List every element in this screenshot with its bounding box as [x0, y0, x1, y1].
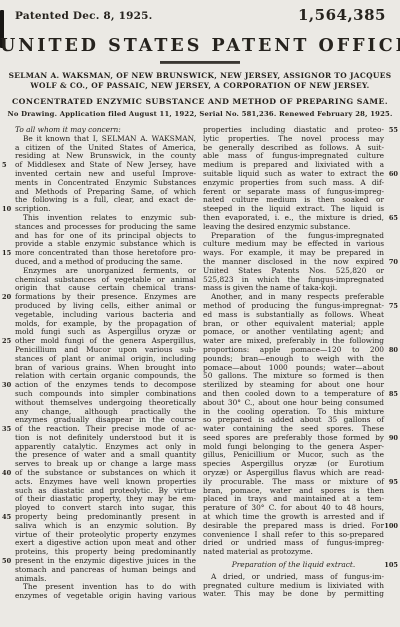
line-text: origin that cause certain chemical trans… — [15, 283, 196, 292]
line-number: 35 — [2, 425, 11, 434]
line-text: nated culture medium is then soaked or — [203, 195, 384, 204]
line-text: perature of 30° C. for about 40 to 48 ho… — [203, 503, 384, 512]
right-column: properties including diastatic and prote… — [203, 126, 384, 601]
line-text: desirable the prepared mass is dried. Fo… — [203, 521, 384, 530]
invention-title: CONCENTRATED ENZYMIC SUBSTANCE AND METHO… — [0, 97, 400, 106]
line-text: stances of plant or animal origin, inclu… — [15, 354, 196, 363]
line-text: convenience I shall refer to this so-pre… — [203, 530, 384, 539]
line-text: lytic properties. The novel process may — [203, 134, 384, 143]
line-text: mold fungi such as Aspergillus oryzæ or — [15, 327, 196, 336]
line-number: 10 — [2, 205, 11, 214]
line-text: provide a stable enzymic substance which… — [15, 239, 196, 248]
line-text: of Middlesex and State of New Jersey, ha… — [15, 160, 196, 169]
line-text: virtue of their proteolytic property enz… — [15, 530, 196, 539]
line-text: water. This may be done by permitting — [203, 589, 384, 598]
line-text: Be it known that I, SELMAN A. WAKSMAN, — [15, 134, 196, 143]
line-number: 50 — [2, 557, 11, 566]
line-text: so prepared is added about 35 gallons of — [203, 415, 384, 424]
line-text: mass is given the name of taka-koji. — [203, 283, 337, 292]
line-text: stomach and pancreas of human beings and — [15, 565, 196, 574]
line-text: relation with certain organic compounds,… — [15, 371, 196, 380]
line-text: ed mass is substantially as follows. Whe… — [203, 310, 384, 319]
line-text: dried or undried mass of fungus-impreg- — [203, 538, 384, 547]
line-text: water are mixed, preferably in the follo… — [203, 336, 384, 345]
line-text: Preparation of the liquid extract. — [232, 560, 355, 569]
line-number: 105 — [384, 561, 398, 570]
line-text: ments in Concentrated Enzymic Substances — [15, 178, 196, 187]
line-text: and then cooled down to a temperature of — [203, 389, 384, 398]
line-text: acts. Enzymes have well known properties — [15, 477, 196, 486]
line-text: To all whom it may concern: — [15, 125, 121, 134]
line-text: other mold fungi of the genera Aspergill… — [15, 336, 196, 345]
line-text: pomace—about 1000 pounds; water—about — [203, 363, 384, 372]
line-text: animals. — [15, 574, 46, 583]
line-text: such as diastatic and proteolytic. By vi… — [15, 486, 196, 495]
line-text: duced, and a method of producing the sam… — [15, 257, 183, 266]
line-text: more concentrated than those heretofore … — [15, 248, 196, 257]
line-text: chemical substances of vegetable or anim… — [15, 275, 196, 284]
line-text: United States Patents Nos. 525,820 or — [203, 266, 384, 275]
assignor-block: SELMAN A. WAKSMAN, OF NEW BRUNSWICK, NEW… — [0, 71, 400, 90]
line-number: 65 — [389, 214, 398, 223]
line-number: 70 — [389, 258, 398, 267]
line-text: bran, or other equivalent material; appl… — [203, 319, 384, 328]
patented-date: Patented Dec. 8, 1925. — [15, 10, 153, 22]
line-text: such compounds into simpler combinations — [15, 389, 196, 398]
line-text: able mass of fungus-impregnated culture — [203, 151, 384, 160]
line-text: suitable liquid such as water to extract… — [203, 169, 384, 178]
body-text-line: nated material as protozyme. — [203, 548, 384, 557]
body-text-line: water. This may be done by permitting — [203, 590, 384, 599]
line-text: enzymes of vegetable origin having vario… — [15, 591, 196, 600]
line-number: 25 — [2, 337, 11, 346]
line-text: proteins, this property being predominan… — [15, 547, 196, 556]
line-text: Penicillium and Mucor upon various sub- — [15, 345, 196, 354]
line-text: then evaporated, i. e., the mixture is d… — [203, 213, 384, 222]
line-text: vegetable, including various bacteria an… — [15, 310, 196, 319]
title-divider-rule — [160, 61, 240, 64]
line-number: 30 — [2, 381, 11, 390]
line-text: about 30° C., about one hour being consu… — [203, 398, 384, 407]
line-text: in the cooling operation. To this mixtur… — [203, 407, 384, 416]
line-number: 45 — [2, 513, 11, 522]
line-text: placed in trays and maintained at a tem- — [203, 494, 384, 503]
line-text: the following is a full, clear, and exac… — [15, 195, 196, 204]
line-text: steeped in the liquid extract. The liqui… — [203, 204, 384, 213]
line-text: enzymes gradually disappear in the cours… — [15, 415, 196, 424]
line-text: pregnated culture medium is lixiviated w… — [203, 581, 384, 590]
line-number: 90 — [389, 434, 398, 443]
line-text: without themselves undergoing theoretica… — [15, 398, 196, 407]
line-text: species Aspergillus oryzæ (or Eurotium — [203, 459, 384, 468]
line-text: oryzæ) or Aspergillus flavus which are r… — [203, 468, 384, 477]
line-text: enzymic properties from such mass. A dif… — [203, 178, 384, 187]
line-text: sterilized by steaming for about one hou… — [203, 380, 384, 389]
line-number: 75 — [389, 302, 398, 311]
line-text: of the substance or substances on which … — [15, 468, 196, 477]
line-text: This invention relates to enzymic sub- — [15, 213, 196, 222]
line-text: The present invention has to do with — [15, 582, 196, 591]
line-number: 100 — [384, 522, 398, 531]
line-text: ployed to convert starch into sugar, thi… — [15, 503, 196, 512]
line-number: 5 — [2, 161, 7, 170]
section-heading: Preparation of the liquid extract.105 — [203, 561, 384, 570]
line-text: mold fungi belonging to the genera Asper… — [203, 442, 384, 451]
line-text: stances and processes for producing the … — [15, 222, 196, 231]
line-text: a citizen of the United States of Americ… — [15, 143, 196, 152]
line-text: leaving the desired enzymic substance. — [203, 222, 350, 231]
line-text: property being predominantly present in — [15, 512, 196, 521]
line-number: 95 — [389, 478, 398, 487]
left-column: To all whom it may concern:Be it known t… — [15, 126, 196, 601]
body-columns: To all whom it may concern:Be it known t… — [0, 126, 400, 601]
line-text: tion is not definitely understood but it… — [15, 433, 196, 442]
line-number: 80 — [389, 346, 398, 355]
line-text: gillus, Penicillium or Mucor, such as th… — [203, 450, 384, 459]
patent-page: Patented Dec. 8, 1925. 1,564,385 UNITED … — [0, 0, 400, 627]
filing-info-line: No Drawing. Application filed August 11,… — [0, 110, 400, 118]
line-text: culture medium may be effected in variou… — [203, 239, 384, 248]
line-text: action of the enzymes tends to decompose — [15, 380, 196, 389]
line-text: at which time the growth is arrested and… — [203, 512, 384, 521]
patent-number: 1,564,385 — [298, 6, 386, 24]
line-text: 525,823 in which the fungus-impregnated — [203, 275, 384, 284]
line-text: pounds; bran—enough to weigh with the — [203, 354, 384, 363]
line-number: 20 — [2, 293, 11, 302]
line-text: molds, for example, by the propagation o… — [15, 319, 196, 328]
line-text: any change, although practically the — [15, 407, 196, 416]
line-text: method of producing the fungus-impregnat… — [203, 301, 384, 310]
line-text: be generally described as follows. A sui… — [203, 143, 384, 152]
assignor-line-1: SELMAN A. WAKSMAN, OF NEW BRUNSWICK, NEW… — [0, 71, 400, 81]
body-text-line: enzymes of vegetable origin having vario… — [15, 592, 196, 601]
line-text: present in the enzymic digestive juices … — [15, 556, 196, 565]
line-number: 60 — [389, 170, 398, 179]
line-text: nated material as protozyme. — [203, 547, 313, 556]
line-text: ways. For example, it may be prepared in — [203, 248, 384, 257]
line-text: Preparation of the fungus-impregnated — [203, 231, 384, 240]
line-number: 55 — [389, 126, 398, 135]
line-text: ily procurable. The mass or mixture of — [203, 477, 384, 486]
line-text: apparently catalytic. Enzymes act only i… — [15, 442, 196, 451]
line-number: 15 — [2, 249, 11, 258]
assignor-line-2: WOLF & CO., OF PASSAIC, NEW JERSEY, A CO… — [0, 81, 400, 91]
line-text: medium is prepared and lixiviated with a — [203, 160, 384, 169]
office-title: UNITED STATES PATENT OFFICE. — [0, 36, 400, 56]
line-text: the presence of water and a small quanti… — [15, 450, 196, 459]
line-number: 40 — [2, 469, 11, 478]
line-text: of the reaction. Their precise mode of a… — [15, 424, 196, 433]
line-text: the manner disclosed in the now expired — [203, 257, 384, 266]
line-text: 50 gallons. The mixture so formed is the… — [203, 371, 384, 380]
line-text: pomace, or another ventilating agent; an… — [203, 327, 384, 336]
line-number: 85 — [389, 390, 398, 399]
line-text: seed spores are preferably those formed … — [203, 433, 384, 442]
line-text: ferent or separate mass of fungus-impreg… — [203, 187, 384, 196]
line-text: residing at New Brunswick, in the county — [15, 151, 196, 160]
line-text: A dried, or undried, mass of fungus-im- — [203, 572, 384, 581]
line-text: produced by living cells, either animal … — [15, 301, 196, 310]
line-text: invented certain new and useful Improve- — [15, 169, 196, 178]
line-text: bran of various grains. When brought int… — [15, 363, 196, 372]
line-text: and Methods of Preparing Same, of which — [15, 187, 196, 196]
line-text: exert a digestive action upon meat and o… — [15, 538, 196, 547]
line-text: Another, and in many respects preferable — [203, 292, 384, 301]
line-text: scription. — [15, 204, 50, 213]
line-text: water containing the seed spores. These — [203, 424, 384, 433]
line-text: proportions: apple pomace—120 to 200 — [203, 345, 384, 354]
line-text: formations by their presence. Enzymes ar… — [15, 292, 196, 301]
line-text: properties including diastatic and prote… — [203, 125, 384, 134]
line-text: saliva which is an enzymic solution. By — [15, 521, 196, 530]
line-text: Enzymes are unorganized ferments, or — [15, 266, 196, 275]
line-text: and has for one of its principal objects… — [15, 231, 196, 240]
line-text: bran, pomace, water and spores is then — [203, 486, 384, 495]
line-text: of their diastatic property, they may be… — [15, 494, 196, 503]
line-text: serves to break up or change a large mas… — [15, 459, 196, 468]
